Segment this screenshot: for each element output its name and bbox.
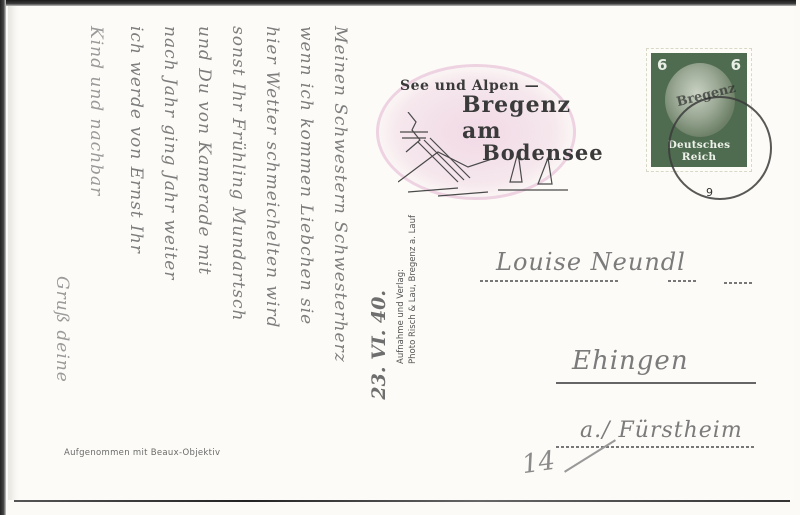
card-bottom-edge [14, 500, 790, 502]
publisher-line: Aufnahme und Verlag: [395, 215, 407, 364]
recipient-district: a./ Fürstheim [580, 418, 743, 443]
scan-edge-left [0, 0, 6, 515]
message-line: sonst Ihr Frühling Mundartsch [228, 26, 248, 321]
address-rule [556, 382, 756, 384]
address-rule [480, 280, 620, 282]
message-line: Meinen Schwestern Schwesterherz [330, 26, 350, 363]
recipient-town: Ehingen [572, 346, 689, 376]
printed-caption: Aufgenommen mit Beaux-Objektiv [64, 448, 220, 458]
message-line: Kind und nachbar [86, 26, 106, 196]
handwritten-message: Meinen Schwestern Schwesterherz wenn ich… [24, 26, 354, 446]
publisher-imprint: Aufnahme und Verlag: Photo Risch & Lau, … [395, 215, 419, 364]
message-line: hier Wetter schmeichelten wird [262, 26, 282, 328]
message-line: nach Jahr ging Jahr weiter [160, 26, 180, 280]
postcard-scan: Meinen Schwestern Schwesterherz wenn ich… [0, 0, 800, 515]
address-rule [668, 280, 698, 282]
handwritten-date: 23. VI. 40. [368, 290, 390, 400]
address-rule [724, 282, 752, 284]
slogan-postmark: See und Alpen — Bregenz am Bodensee [400, 78, 580, 165]
message-line: ich werde von Ernst Ihr [126, 26, 146, 254]
slogan-line: Bodensee [482, 140, 580, 165]
slogan-line: Bregenz am [462, 92, 580, 144]
stamp-value: 6 [657, 56, 667, 74]
circular-postmark [668, 96, 772, 200]
pencil-annotation: 14 [520, 446, 557, 480]
message-signoff: Gruß deine [52, 276, 72, 383]
message-line: wenn ich kommen Liebchen sie [296, 26, 316, 325]
stamp-value: 6 [731, 56, 741, 74]
recipient-name: Louise Neundl [496, 248, 686, 276]
publisher-line: Photo Risch & Lau, Bregenz a. Lauf [407, 215, 419, 364]
message-line: und Du von Kamerade mit [194, 26, 214, 275]
postmark-number: 9 [706, 186, 713, 199]
address-rule [556, 446, 756, 448]
